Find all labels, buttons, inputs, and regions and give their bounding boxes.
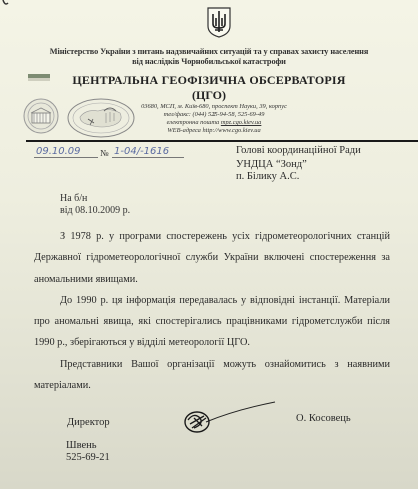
corner-mark-icon: [2, 0, 10, 8]
executor-phone: 525-69-21: [66, 452, 110, 464]
body-paragraph-3: Представники Вашої організації можуть оз…: [34, 354, 390, 397]
building-emblem-icon: [22, 95, 60, 137]
registration-number-label: №: [100, 148, 109, 158]
registration-date: 09.10.09: [34, 146, 98, 158]
organization-abbreviation: (ЦГО): [0, 88, 418, 103]
handwritten-signature-icon: [180, 398, 280, 436]
email-line: електронна пошта mpz.cgo.kiev.ua: [139, 119, 289, 127]
addressee-line-3: п. Білику А.С.: [236, 171, 299, 183]
letter-body: З 1978 р. у програми спостережень усіх г…: [34, 226, 390, 396]
registration-number: 1-04/-1616: [112, 146, 184, 158]
email-label: електронна пошта: [167, 119, 220, 126]
web-line: WEB-адреса http://www.cgo.kiev.ua: [139, 127, 289, 135]
ministry-name-line-1: Міністерство України з питань надзвичайн…: [0, 47, 418, 57]
ukraine-trident-crest-icon: [206, 6, 232, 38]
executor-name: Швень: [66, 440, 97, 452]
letterhead-divider: [26, 140, 418, 142]
body-paragraph-2: До 1990 р. ця інформація передавалась у …: [34, 290, 390, 354]
phone-fax-line: тел/факс: (044) 525-94-58, 525-69-49: [139, 111, 289, 119]
addressee-line-1: Голові координаційної Ради: [236, 145, 361, 157]
reference-line-2: від 08.10.2009 р.: [60, 205, 130, 217]
signatory-name: О. Косовець: [296, 413, 351, 424]
signatory-title: Директор: [67, 417, 110, 428]
body-paragraph-1: З 1978 р. у програми спостережень усіх г…: [34, 226, 390, 290]
addressee-line-2: УНДЦА “Зонд”: [236, 159, 307, 171]
email-link[interactable]: mpz.cgo.kiev.ua: [221, 119, 262, 126]
reference-line-1: На б/н: [60, 193, 87, 205]
web-link[interactable]: http://www.cgo.kiev.ua: [202, 127, 260, 134]
organization-title: ЦЕНТРАЛЬНА ГЕОФІЗИЧНА ОБСЕРВАТОРІЯ: [0, 73, 418, 88]
ministry-name-line-2: від наслідків Чорнобильської катастрофи: [0, 57, 418, 67]
web-label: WEB-адреса: [167, 127, 201, 134]
observatory-map-emblem-icon: [66, 97, 136, 139]
